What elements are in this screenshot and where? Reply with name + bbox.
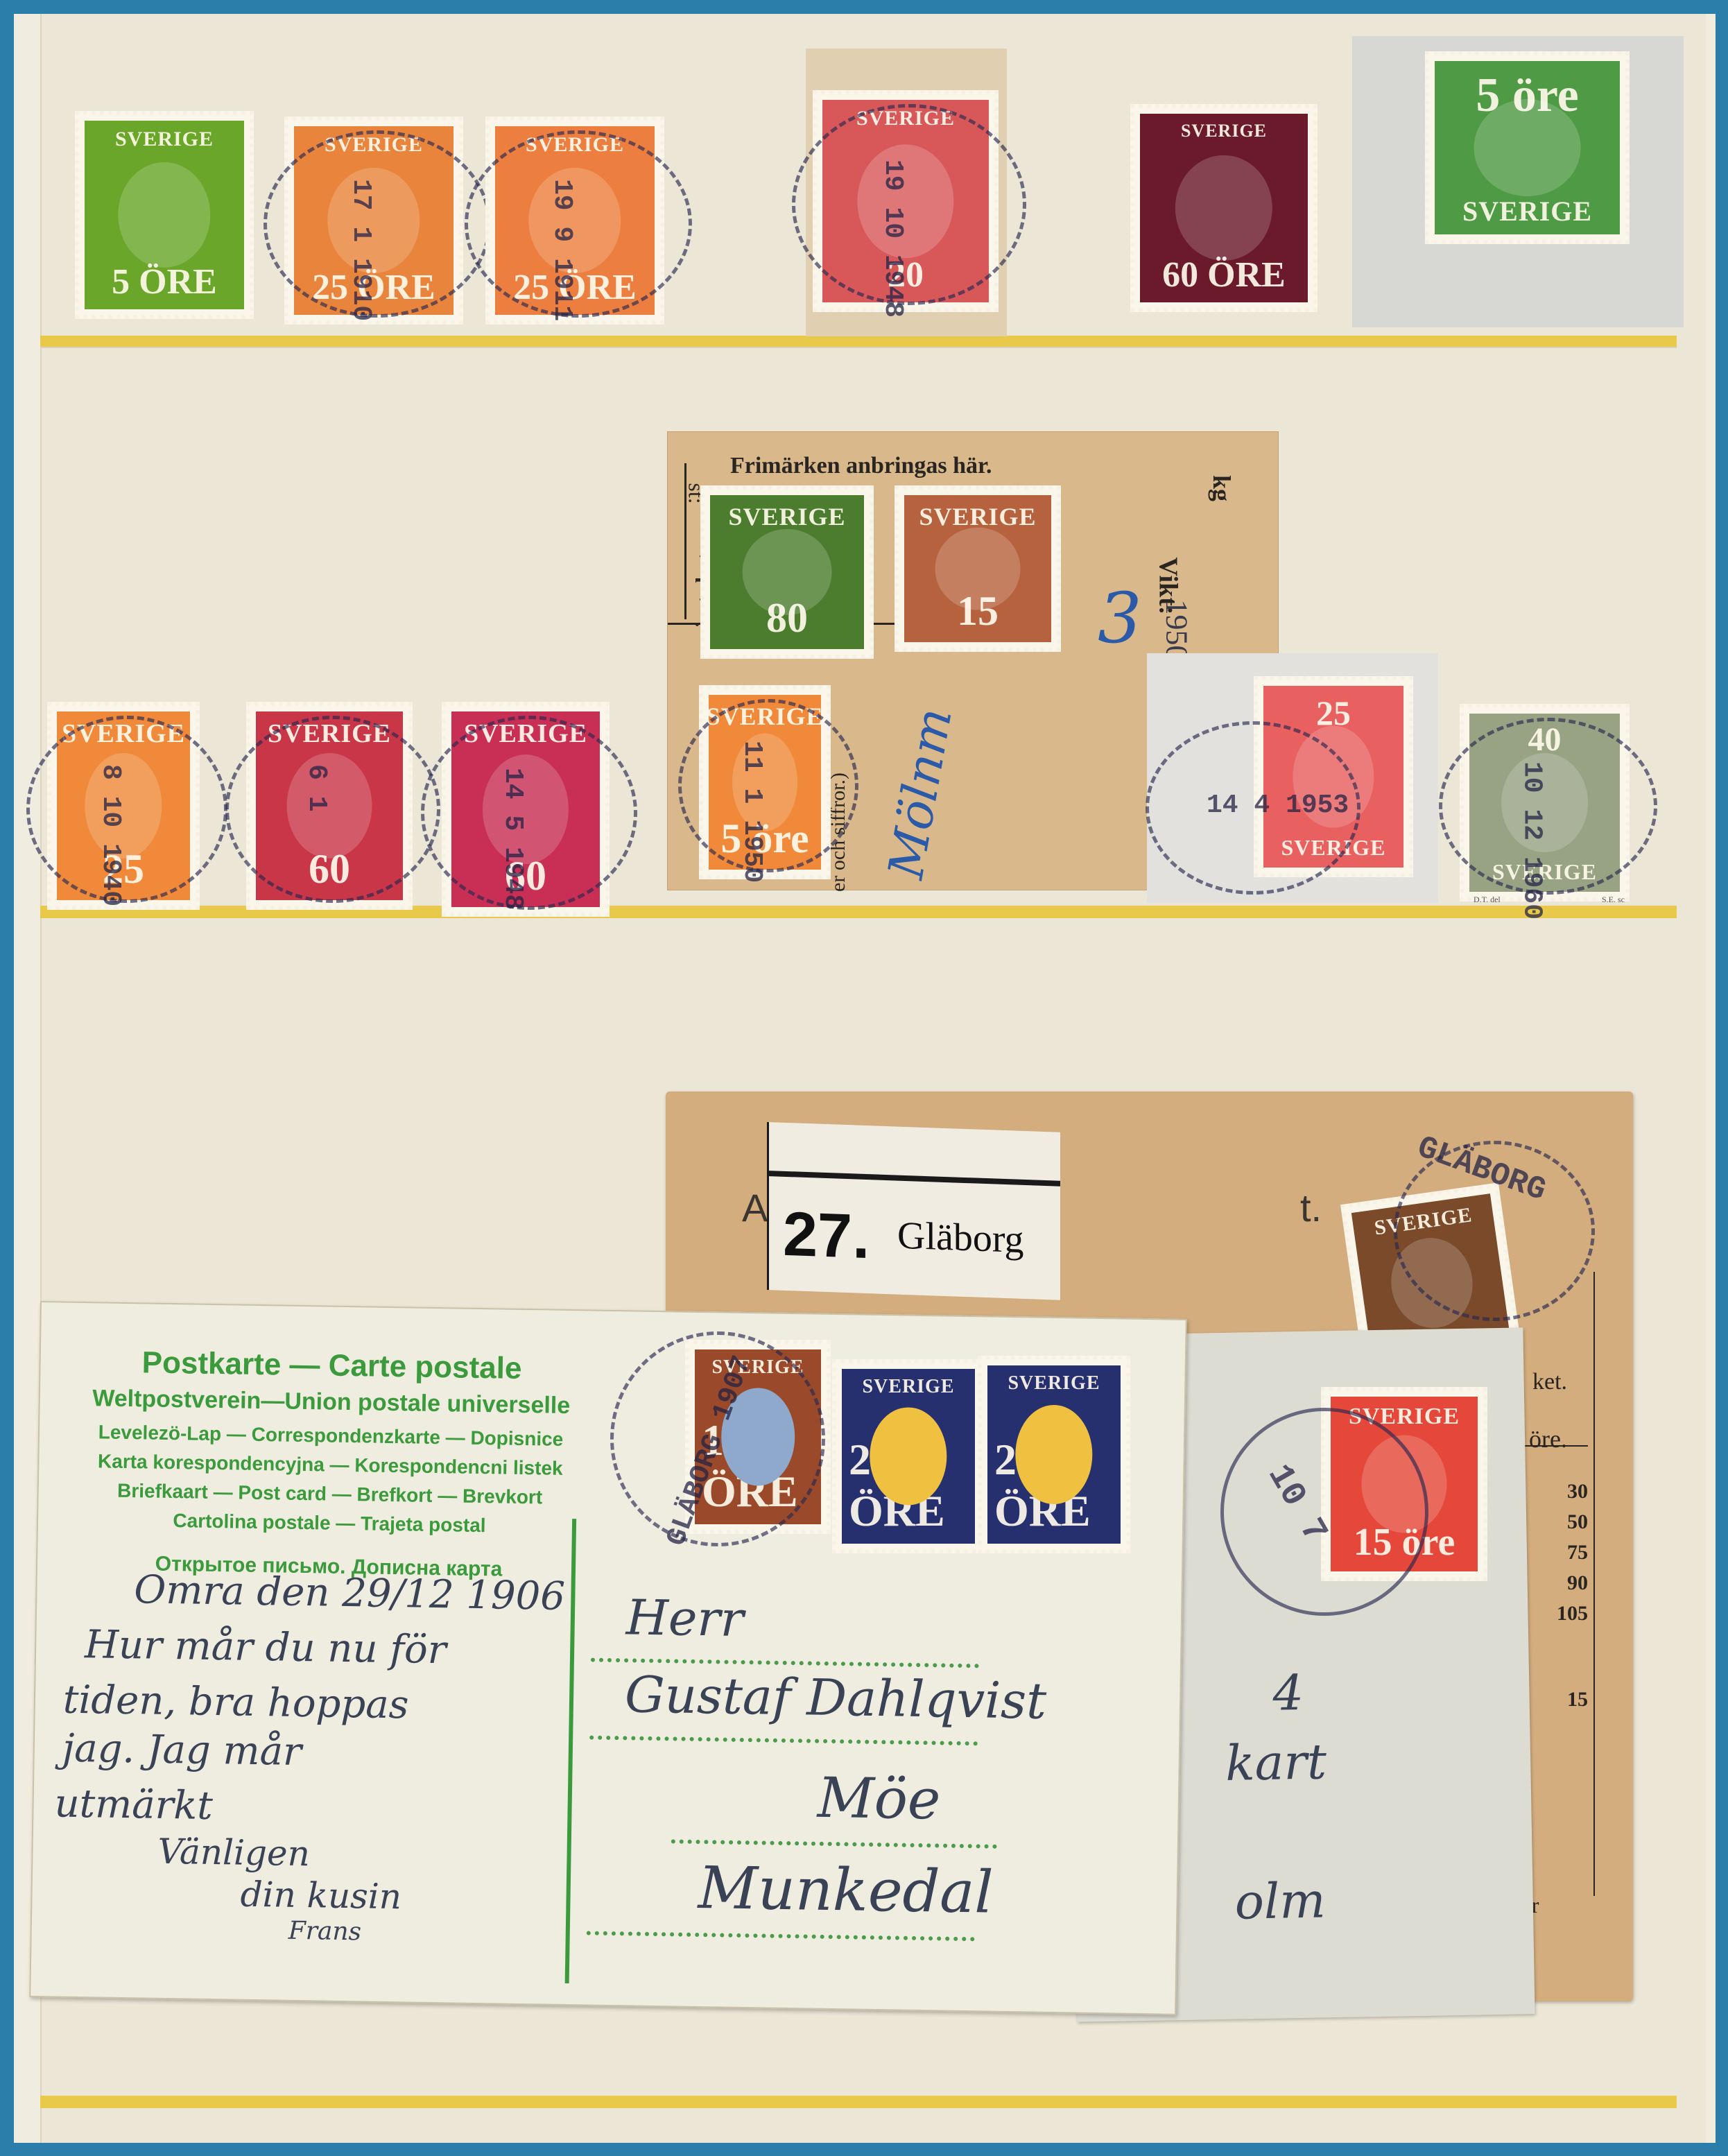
envelope-handwriting-line: kart [1225,1733,1327,1792]
portrait-icon [287,753,372,859]
form-heading: Frimärken anbringas här. [730,453,992,479]
postcard-message-line: jag. Jag mår [62,1726,302,1775]
postcard-message-line: din kusin [240,1874,401,1917]
stamp: SVERIGE5 ÖRE [75,111,254,319]
stamp-country: SVERIGE [1492,859,1597,885]
rate-column-rule [1593,1272,1595,1896]
stamp-design: SVERIGE15 öre [1331,1397,1478,1571]
stamp: SVERIGE25 ÖRE [485,117,664,325]
place-label: 27. Gläborg [767,1122,1060,1300]
portrait-icon [528,168,621,273]
stamp-country: SVERIGE [62,718,185,749]
stamp-design: 25SVERIGE [1263,686,1403,868]
stamp-country: SVERIGE [1181,121,1267,141]
portrait-icon [327,168,420,273]
stamp-country: SVERIGE [325,133,423,157]
portrait-icon [1175,155,1272,261]
stamp-country: SVERIGE [1349,1404,1460,1430]
stamp-design: SVERIGE60 [256,712,403,900]
portrait-icon [118,162,210,268]
stamp-design: SVERIGE15 [904,495,1051,642]
form-year-stamp: 1950 [1159,600,1195,661]
stamp-value: 25 ÖRE [513,267,637,308]
portrait-icon [85,753,162,859]
portrait-icon [483,754,569,864]
postcard-message-line: Omra den 29/12 1906 [134,1567,565,1619]
envelope-handwriting-line: olm [1234,1872,1326,1930]
address-card-side-text: ket. [1532,1369,1567,1395]
postcard-subtitle: Weltpostverein—Union postale universelle [67,1385,595,1420]
portrait-icon [721,1388,795,1485]
stamp: SVERIGE2 ÖRE [832,1359,985,1553]
postcard-address-line: Möe [817,1766,941,1832]
stamp-design: SVERIGE2 ÖRE [987,1365,1121,1544]
stamp-design: SVERIGE25 ÖRE [294,126,453,315]
stamp: SVERIGE15 öre [1321,1387,1487,1581]
stamp-design: SVERIGE5 öre [709,695,821,870]
stamp-design: SVERIGE2 ÖRE [842,1369,975,1544]
portrait-icon [1474,99,1581,196]
stamp-country: SVERIGE [464,718,587,749]
address-card-ore-header: öre. [1529,1424,1567,1454]
stamp: SVERIGE2 ÖRE [978,1356,1130,1553]
stamp: SVERIGE25 [47,702,200,910]
stamp: SVERIGE15 [895,485,1061,652]
portrait-icon [732,733,797,831]
stamp: SVERIGE80 [700,485,874,659]
form-rule [684,463,686,619]
stamp-design: SVERIGE20 [822,100,989,302]
portrait-icon [743,529,832,615]
stamp-imprint-right: S.E. sc [1602,895,1625,905]
postcard-language-line: Briefkaart — Post card — Brefkort — Brev… [66,1479,593,1510]
postcard-language-line: Levelezö-Lap — Correspondenzkarte — Dopi… [67,1421,594,1451]
stamp: SVERIGE60 [246,702,413,910]
portrait-icon [870,1407,947,1505]
stamp-imprint-left: D.T. del [1474,895,1501,905]
rate-value: 75 [1567,1541,1588,1564]
stamp: SVERIGE20 [813,90,999,312]
postcard-message-line: Vänligen [157,1831,310,1874]
postcard-address-line: Munkedal [698,1854,994,1926]
rate-value: 15 [1567,1688,1588,1711]
postcard-divider [565,1519,577,1983]
page-divider-1 [40,347,1677,348]
address-dotted-line [587,1931,975,1941]
postcard-title: Postkarte — Carte postale [68,1345,596,1388]
stamp-value: 20 [888,255,924,295]
postcard-address-line: Gustaf Dahlqvist [625,1665,1047,1730]
stamp: 25SVERIGE [1254,676,1413,877]
rate-value: 50 [1567,1510,1588,1534]
stamp: SVERIGE60 ÖRE [1130,104,1317,312]
portrait-icon [1501,753,1589,853]
postcard-message-line: Frans [288,1917,361,1947]
address-dotted-line [589,1736,978,1746]
stamp: SVERIGE60 [442,702,610,917]
portrait-icon [1362,1435,1447,1533]
address-card-printed-tail: t. [1300,1185,1322,1230]
portrait-icon [1015,1405,1092,1505]
form-handwriting: Mölnm [877,704,963,883]
stamp-country: SVERIGE [268,718,391,749]
postcard-message-line: Hur mår du nu för [85,1622,447,1673]
stamp-country: SVERIGE [1373,1203,1474,1240]
rate-value: 90 [1567,1571,1588,1595]
stamp-design: 40SVERIGE [1469,714,1620,892]
label-rule [769,1171,1060,1187]
stamp-design: SVERIGE25 ÖRE [495,126,655,315]
stamp-country: SVERIGE [526,133,624,157]
stamp-design: SVERIGE80 [710,495,864,649]
envelope-handwriting-line: 4 [1272,1664,1304,1722]
stamp: SVERIGE25 ÖRE [284,117,463,325]
rate-value: 105 [1557,1602,1588,1625]
stamp: 40SVERIGE [1460,704,1630,902]
portrait-icon [1385,1233,1478,1334]
stamp-country: SVERIGE [711,1356,804,1379]
yellow-strip-3 [40,2096,1677,2108]
stamp-design: SVERIGE1 ÖRE [695,1349,821,1524]
stamp-design: 5 öreSVERIGE [1435,61,1620,234]
stamp-design: SVERIGE5 ÖRE [85,121,244,309]
stamp-design: SVERIGE25 [57,712,190,900]
postcard-address-line: Herr [625,1589,744,1648]
stamp-value: 5 ÖRE [112,261,217,302]
portrait-icon [857,144,953,258]
stamp-design: SVERIGE60 [451,712,600,907]
stamp-value: 25 ÖRE [312,267,435,308]
stamp-design: SVERIGE60 ÖRE [1140,114,1308,302]
stamp-country: SVERIGE [1462,195,1592,227]
postcard-language-line: Cartolina postale — Trajeta postal [66,1508,593,1539]
label-place: Gläborg [897,1214,1024,1262]
stamp: 5 öreSVERIGE [1425,51,1630,244]
postcard-language-line: Karta korespondencyjna — Korespondencni … [67,1450,594,1481]
address-dotted-line [671,1839,997,1848]
rate-value: 30 [1567,1480,1588,1503]
stamp-country: SVERIGE [856,107,955,130]
stamp-country: SVERIGE [709,702,821,731]
stamp-country: SVERIGE [862,1376,954,1398]
stamp-value: 60 ÖRE [1162,255,1286,295]
postcard-message-line: utmärkt [54,1781,213,1829]
label-number: 27. [783,1199,870,1273]
form-blue-numeral: 3 [1098,578,1142,659]
stamp: SVERIGE5 öre [699,685,831,879]
stamp-country: SVERIGE [1281,835,1385,861]
stamp: SVERIGE1 ÖRE [685,1340,831,1534]
form-right-label: kg [1207,475,1236,501]
stamp-country: SVERIGE [728,502,845,531]
postcard-message-line: tiden, bra hoppas [62,1678,408,1728]
stamp-country: SVERIGE [1008,1372,1100,1395]
stamp-country: SVERIGE [115,128,214,151]
portrait-icon [935,528,1021,610]
portrait-icon [1293,726,1374,828]
